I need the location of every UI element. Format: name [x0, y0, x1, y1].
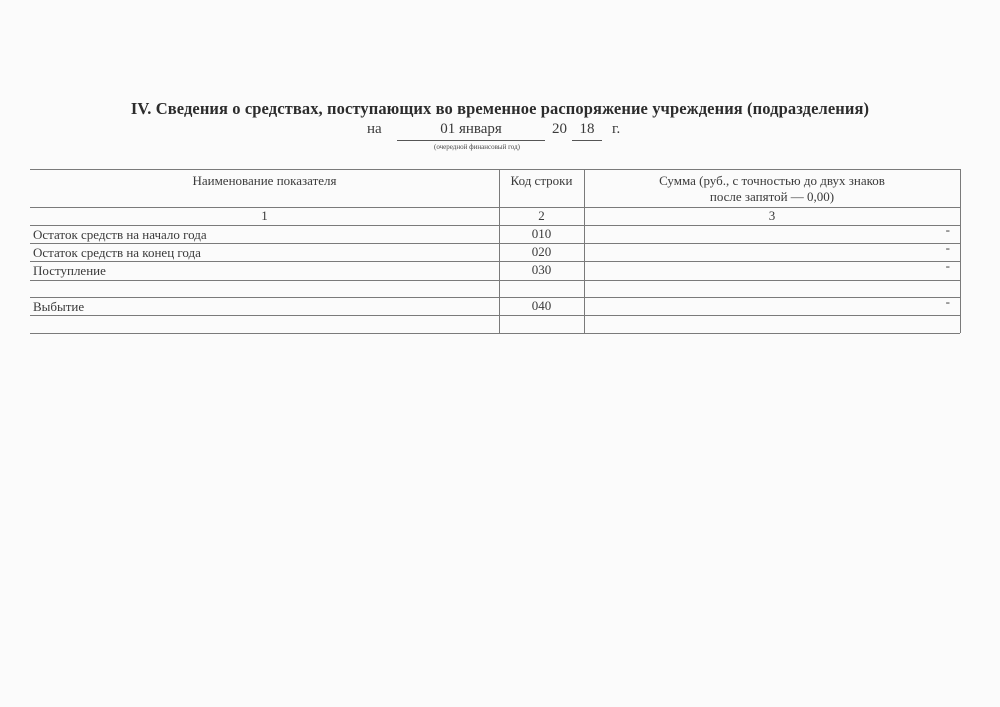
header-sum-line2: после запятой — 0,00)	[584, 189, 960, 205]
table-rule	[30, 297, 960, 298]
date-hint: (очередной финансовый год)	[397, 143, 557, 151]
table-rule	[30, 169, 960, 170]
table-rule	[30, 280, 960, 281]
date-day-month-field: 01 января	[397, 121, 545, 141]
table-rule	[30, 333, 960, 334]
row-name: Поступление	[33, 263, 106, 279]
column-number-2: 2	[499, 208, 584, 224]
row-name: Остаток средств на конец года	[33, 245, 201, 261]
column-number-1: 1	[30, 208, 499, 224]
row-code: 040	[499, 298, 584, 314]
row-code: 010	[499, 226, 584, 242]
table-rule	[30, 243, 960, 244]
date-prefix: на	[367, 121, 382, 138]
header-sum-line1: Сумма (руб., с точностью до двух знаков	[584, 173, 960, 189]
header-code: Код строки	[499, 173, 584, 189]
row-code: 020	[499, 244, 584, 260]
row-name: Выбытие	[33, 299, 84, 315]
date-suffix: г.	[612, 121, 620, 138]
date-century: 20	[552, 121, 567, 138]
row-code: 030	[499, 262, 584, 278]
table-rule	[30, 207, 960, 208]
section-title: IV. Сведения о средствах, поступающих во…	[0, 99, 1000, 119]
row-name: Остаток средств на начало года	[33, 227, 207, 243]
header-name: Наименование показателя	[30, 173, 499, 189]
table-column-rule	[584, 169, 585, 333]
date-year-field: 18	[572, 121, 602, 141]
table-rule	[30, 315, 960, 316]
table-column-rule	[960, 169, 961, 333]
report-date-line: на 01 января 20 18 г. (очередной финансо…	[0, 121, 1000, 161]
table-rule	[30, 225, 960, 226]
table-rule	[30, 261, 960, 262]
table-column-rule	[499, 169, 500, 333]
